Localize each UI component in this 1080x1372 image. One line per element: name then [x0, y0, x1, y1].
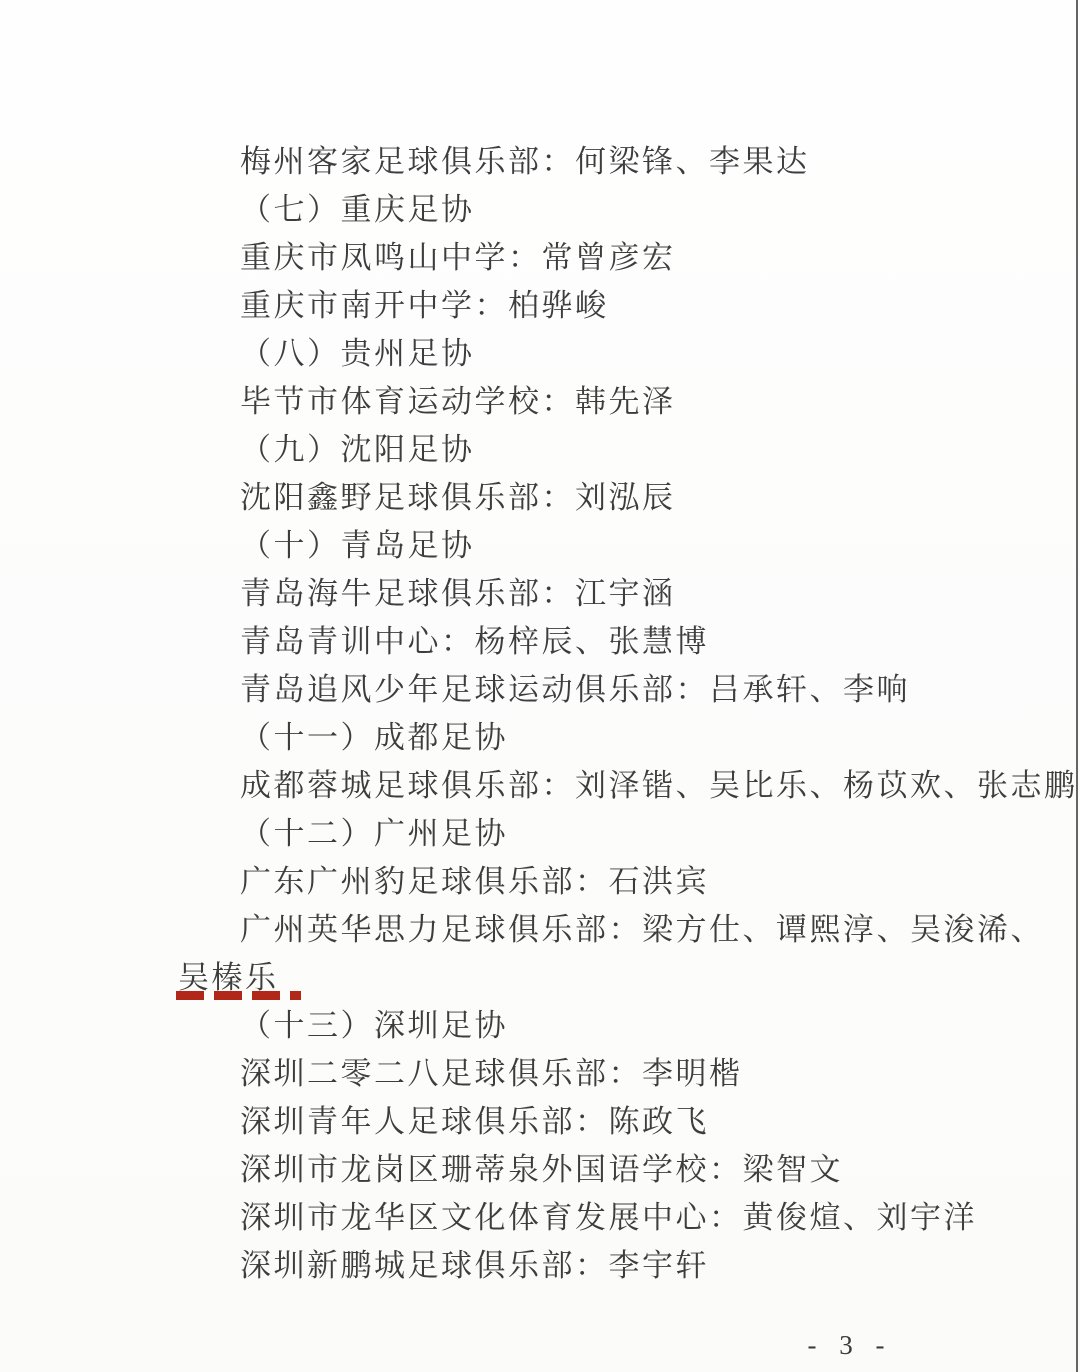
document-line: 沈阳鑫野足球俱乐部：刘泓辰	[178, 470, 978, 518]
document-line: 青岛海牛足球俱乐部：江宇涵	[178, 566, 978, 614]
document-line: 青岛追风少年足球运动俱乐部：吕承轩、李响	[178, 662, 978, 710]
document-line: 深圳二零二八足球俱乐部：李明楷	[178, 1046, 978, 1094]
document-line: 梅州客家足球俱乐部：何梁锋、李果达	[178, 134, 978, 182]
document-line: 深圳市龙华区文化体育发展中心：黄俊煊、刘宇洋	[178, 1190, 978, 1238]
document-body: 梅州客家足球俱乐部：何梁锋、李果达 （七）重庆足协 重庆市凤鸣山中学：常曾彦宏 …	[178, 134, 978, 1286]
document-line: 重庆市南开中学：柏骅峻	[178, 278, 978, 326]
document-line: 广东广州豹足球俱乐部：石洪宾	[178, 854, 978, 902]
section-heading: （九）沈阳足协	[178, 422, 978, 470]
document-line: 重庆市凤鸣山中学：常曾彦宏	[178, 230, 978, 278]
section-heading: （七）重庆足协	[178, 182, 978, 230]
document-line: 广州英华思力足球俱乐部：梁方仕、谭熙淳、吴浚浠、	[178, 902, 978, 950]
continuation-text: 吴榛乐	[178, 952, 279, 997]
document-line: 青岛青训中心：杨梓辰、张慧博	[178, 614, 978, 662]
section-heading: （十）青岛足协	[178, 518, 978, 566]
document-line-continuation: 吴榛乐	[178, 950, 978, 998]
document-line: 深圳青年人足球俱乐部：陈政飞	[178, 1094, 978, 1142]
document-line: 成都蓉城足球俱乐部：刘泽锴、吴比乐、杨苡欢、张志鹏	[178, 758, 978, 806]
document-line: 深圳新鹏城足球俱乐部：李宇轩	[178, 1238, 978, 1286]
section-heading: （十三）深圳足协	[178, 998, 978, 1046]
section-heading: （十一）成都足协	[178, 710, 978, 758]
page-number: - 3 -	[780, 1330, 920, 1361]
document-line: 毕节市体育运动学校：韩先泽	[178, 374, 978, 422]
section-heading: （八）贵州足协	[178, 326, 978, 374]
document-line: 深圳市龙岗区珊蒂泉外国语学校：梁智文	[178, 1142, 978, 1190]
section-heading: （十二）广州足协	[178, 806, 978, 854]
document-page: 梅州客家足球俱乐部：何梁锋、李果达 （七）重庆足协 重庆市凤鸣山中学：常曾彦宏 …	[0, 0, 1080, 1372]
page-edge-line	[1076, 0, 1078, 1372]
